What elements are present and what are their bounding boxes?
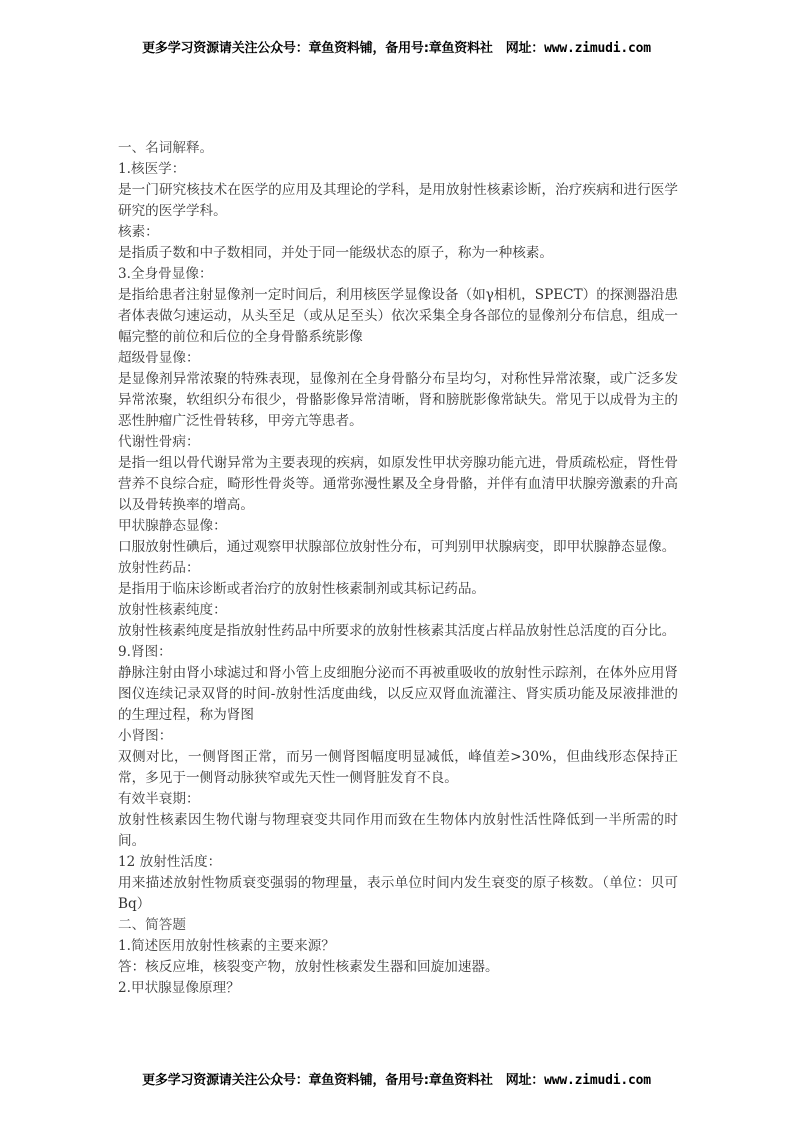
section-title-short-answer: 二、简答题: [118, 915, 678, 936]
term-heading: 放射性核素纯度：: [118, 600, 678, 621]
term-heading: 代谢性骨病：: [118, 432, 678, 453]
term-definition: 是指质子数和中子数相同，并处于同一能级状态的原子，称为一种核素。: [118, 243, 678, 264]
header-url-label: 网址：: [506, 41, 544, 56]
term-heading: 3.全身骨显像：: [118, 264, 678, 285]
term-heading: 小肾图：: [118, 726, 678, 747]
term-heading: 放射性药品：: [118, 558, 678, 579]
term-definition: 是显像剂异常浓聚的特殊表现，显像剂在全身骨骼分布呈均匀，对称性异常浓聚，或广泛多…: [118, 369, 678, 432]
term-heading: 甲状腺静态显像：: [118, 516, 678, 537]
term-heading: 超级骨显像：: [118, 348, 678, 369]
term-heading: 12 放射性活度：: [118, 852, 678, 873]
section-title-glossary: 一、名词解释。: [118, 138, 678, 159]
header-url[interactable]: www.zimudi.com: [544, 41, 651, 56]
term-definition: 是指一组以骨代谢异常为主要表现的疾病，如原发性甲状旁腺功能亢进，骨质疏松症，肾性…: [118, 453, 678, 516]
term-definition: 双侧对比，一侧肾图正常，而另一侧肾图幅度明显减低，峰值差>30%，但曲线形态保持…: [118, 747, 678, 789]
term-definition: 用来描述放射性物质衰变强弱的物理量，表示单位时间内发生衰变的原子核数。（单位：贝…: [118, 873, 678, 915]
term-heading: 有效半衰期：: [118, 789, 678, 810]
term-definition: 静脉注射由肾小球滤过和肾小管上皮细胞分泌而不再被重吸收的放射性示踪剂，在体外应用…: [118, 663, 678, 726]
footer-banner-text: 更多学习资源请关注公众号：章鱼资料铺，备用号:章鱼资料社: [142, 1073, 493, 1088]
term-definition: 放射性核素因生物代谢与物理衰变共同作用而致在生物体内放射性活性降低到一半所需的时…: [118, 810, 678, 852]
term-definition: 是指给患者注射显像剂一定时间后，利用核医学显像设备（如γ相机，SPECT）的探测…: [118, 285, 678, 348]
term-definition: 是一门研究核技术在医学的应用及其理论的学科，是用放射性核素诊断，治疗疾病和进行医…: [118, 180, 678, 222]
header-banner-text: 更多学习资源请关注公众号：章鱼资料铺，备用号:章鱼资料社: [142, 41, 493, 56]
term-definition: 放射性核素纯度是指放射性药品中所要求的放射性核素其活度占样品放射性总活度的百分比…: [118, 621, 678, 642]
term-definition: 口服放射性碘后，通过观察甲状腺部位放射性分布，可判别甲状腺病变，即甲状腺静态显像…: [118, 537, 678, 558]
term-heading: 1.核医学：: [118, 159, 678, 180]
header-banner: 更多学习资源请关注公众号：章鱼资料铺，备用号:章鱼资料社 网址：www.zimu…: [0, 37, 793, 56]
term-heading: 9.肾图：: [118, 642, 678, 663]
question-answer: 答：核反应堆，核裂变产物，放射性核素发生器和回旋加速器。: [118, 957, 678, 978]
document-body: 一、名词解释。 1.核医学： 是一门研究核技术在医学的应用及其理论的学科，是用放…: [118, 138, 678, 999]
question-heading: 2.甲状腺显像原理？: [118, 978, 678, 999]
footer-url-label: 网址：: [506, 1073, 544, 1088]
question-heading: 1.简述医用放射性核素的主要来源？: [118, 936, 678, 957]
term-definition: 是指用于临床诊断或者治疗的放射性核素制剂或其标记药品。: [118, 579, 678, 600]
term-heading: 核素：: [118, 222, 678, 243]
footer-banner: 更多学习资源请关注公众号：章鱼资料铺，备用号:章鱼资料社 网址：www.zimu…: [0, 1069, 793, 1088]
footer-url[interactable]: www.zimudi.com: [544, 1073, 651, 1088]
